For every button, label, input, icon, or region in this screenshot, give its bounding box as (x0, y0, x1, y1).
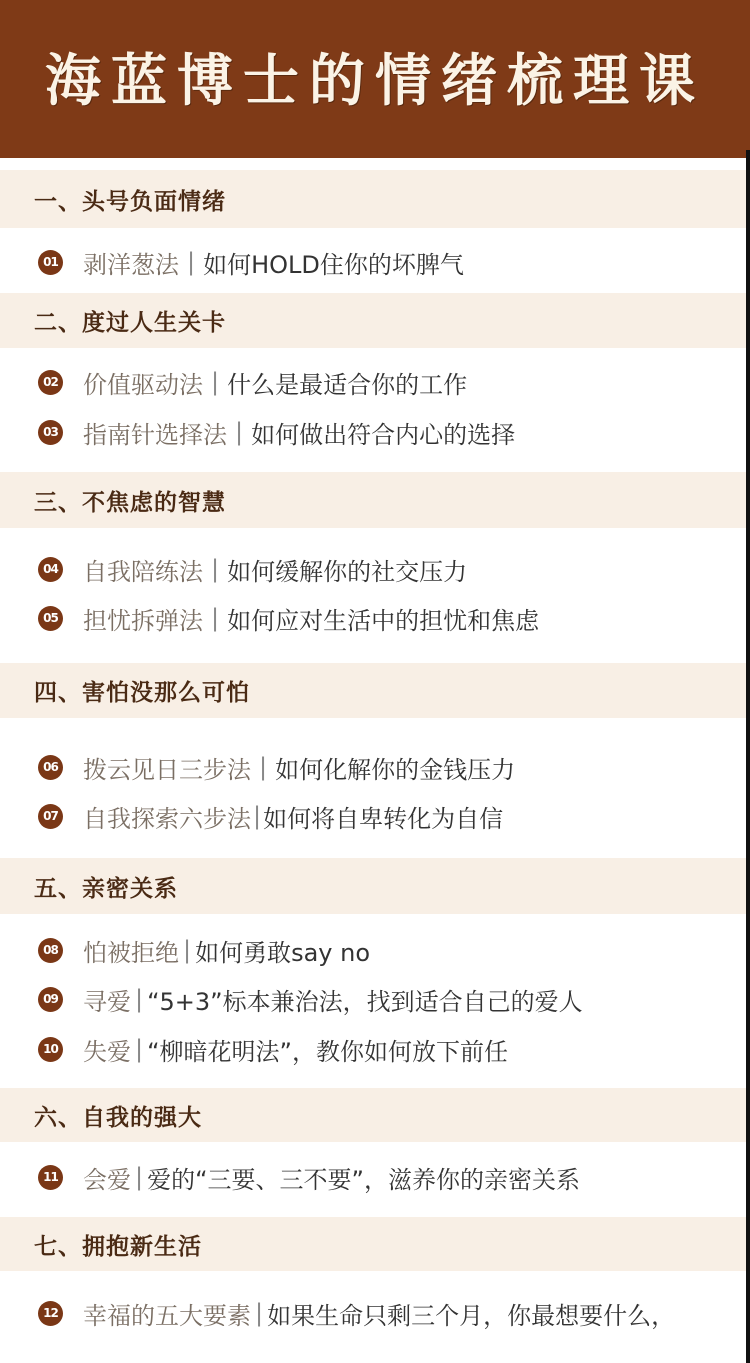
lesson-item-02[interactable]: 02 价值驱动法 | 什么是最适合你的工作 (38, 364, 467, 400)
separator: | (211, 604, 219, 632)
lesson-item-10[interactable]: 10 失爱 | “柳暗花明法”，教你如何放下前任 (38, 1031, 508, 1067)
lesson-description: 如何勇敢say no (195, 933, 370, 968)
lesson-item-05[interactable]: 05 担忧拆弹法 | 如何应对生活中的担忧和焦虑 (38, 600, 539, 636)
lesson-number-badge: 09 (38, 987, 63, 1012)
lesson-method: 价值驱动法 (83, 365, 203, 400)
lesson-number-badge: 06 (38, 755, 63, 780)
page-edge-divider (746, 150, 750, 1363)
lesson-number-badge: 04 (38, 557, 63, 582)
lesson-method: 自我陪练法 (83, 552, 203, 587)
lesson-description: 如何缓解你的社交压力 (227, 552, 467, 587)
lesson-item-06[interactable]: 06 拨云见日三步法 | 如何化解你的金钱压力 (38, 749, 515, 785)
lesson-method: 寻爱 (83, 982, 131, 1017)
section-header-3: 三、不焦虑的智慧 (0, 472, 746, 528)
lesson-item-09[interactable]: 09 寻爱 | “5+3”标本兼治法，找到适合自己的爱人 (38, 981, 583, 1017)
lesson-item-08[interactable]: 08 怕被拒绝 | 如何勇敢say no (38, 932, 370, 968)
lesson-description: 如何HOLD住你的坏脾气 (203, 245, 464, 280)
lesson-description: 如何应对生活中的担忧和焦虑 (227, 601, 539, 636)
lesson-number-badge: 01 (38, 250, 63, 275)
lesson-description: 如何化解你的金钱压力 (275, 750, 515, 785)
lesson-method: 拨云见日三步法 (83, 750, 251, 785)
lesson-description: 如果生命只剩三个月，你最想要什么， (267, 1296, 675, 1331)
section-title: 二、度过人生关卡 (34, 304, 226, 337)
lesson-method: 幸福的五大要素 (83, 1296, 251, 1331)
separator: | (255, 1299, 263, 1327)
section-header-6: 六、自我的强大 (0, 1088, 746, 1142)
separator: | (211, 368, 219, 396)
lesson-number-badge: 10 (38, 1037, 63, 1062)
lesson-method: 担忧拆弹法 (83, 601, 203, 636)
lesson-item-01[interactable]: 01 剥洋葱法 | 如何HOLD住你的坏脾气 (38, 244, 464, 280)
section-header-7: 七、拥抱新生活 (0, 1217, 746, 1271)
lesson-description: “5+3”标本兼治法，找到适合自己的爱人 (147, 982, 583, 1017)
section-header-2: 二、度过人生关卡 (0, 293, 746, 348)
separator: | (135, 985, 143, 1013)
separator: | (187, 248, 195, 276)
section-title: 七、拥抱新生活 (34, 1228, 202, 1261)
lesson-item-03[interactable]: 03 指南针选择法 | 如何做出符合内心的选择 (38, 414, 515, 450)
section-title: 四、害怕没那么可怕 (34, 674, 250, 707)
lesson-number-badge: 03 (38, 420, 63, 445)
lesson-number-badge: 07 (38, 804, 63, 829)
lesson-method: 会爱 (83, 1160, 131, 1195)
lesson-method: 剥洋葱法 (83, 245, 179, 280)
lesson-method: 自我探索六步法 (83, 799, 251, 834)
lesson-number-badge: 11 (38, 1165, 63, 1190)
course-title: 海蓝博士的情绪梳理课 (45, 37, 705, 117)
section-title: 五、亲密关系 (34, 870, 178, 903)
section-header-5: 五、亲密关系 (0, 858, 746, 914)
lesson-method: 指南针选择法 (83, 415, 227, 450)
lesson-item-12[interactable]: 12 幸福的五大要素 | 如果生命只剩三个月，你最想要什么， (38, 1295, 675, 1331)
lesson-method: 失爱 (83, 1032, 131, 1067)
separator: | (135, 1163, 143, 1191)
lesson-number-badge: 02 (38, 370, 63, 395)
section-header-1: 一、头号负面情绪 (0, 170, 746, 228)
lesson-description: 如何做出符合内心的选择 (251, 415, 515, 450)
lesson-method: 怕被拒绝 (83, 933, 179, 968)
section-title: 一、头号负面情绪 (34, 183, 226, 216)
lesson-number-badge: 05 (38, 606, 63, 631)
lesson-description: 如何将自卑转化为自信 (263, 799, 503, 834)
lesson-item-11[interactable]: 11 会爱 | 爱的“三要、三不要”，滋养你的亲密关系 (38, 1159, 580, 1195)
section-title: 六、自我的强大 (34, 1099, 202, 1132)
section-header-4: 四、害怕没那么可怕 (0, 663, 746, 718)
separator: | (253, 802, 261, 830)
separator: | (259, 753, 267, 781)
lesson-description: 爱的“三要、三不要”，滋养你的亲密关系 (147, 1160, 580, 1195)
section-title: 三、不焦虑的智慧 (34, 484, 226, 517)
lesson-number-badge: 08 (38, 938, 63, 963)
separator: | (211, 555, 219, 583)
lesson-item-04[interactable]: 04 自我陪练法 | 如何缓解你的社交压力 (38, 551, 467, 587)
course-header: 海蓝博士的情绪梳理课 (0, 0, 750, 158)
separator: | (183, 936, 191, 964)
lesson-item-07[interactable]: 07 自我探索六步法 | 如何将自卑转化为自信 (38, 798, 503, 834)
lesson-description: “柳暗花明法”，教你如何放下前任 (147, 1032, 508, 1067)
lesson-description: 什么是最适合你的工作 (227, 365, 467, 400)
lesson-number-badge: 12 (38, 1301, 63, 1326)
separator: | (135, 1035, 143, 1063)
separator: | (235, 418, 243, 446)
